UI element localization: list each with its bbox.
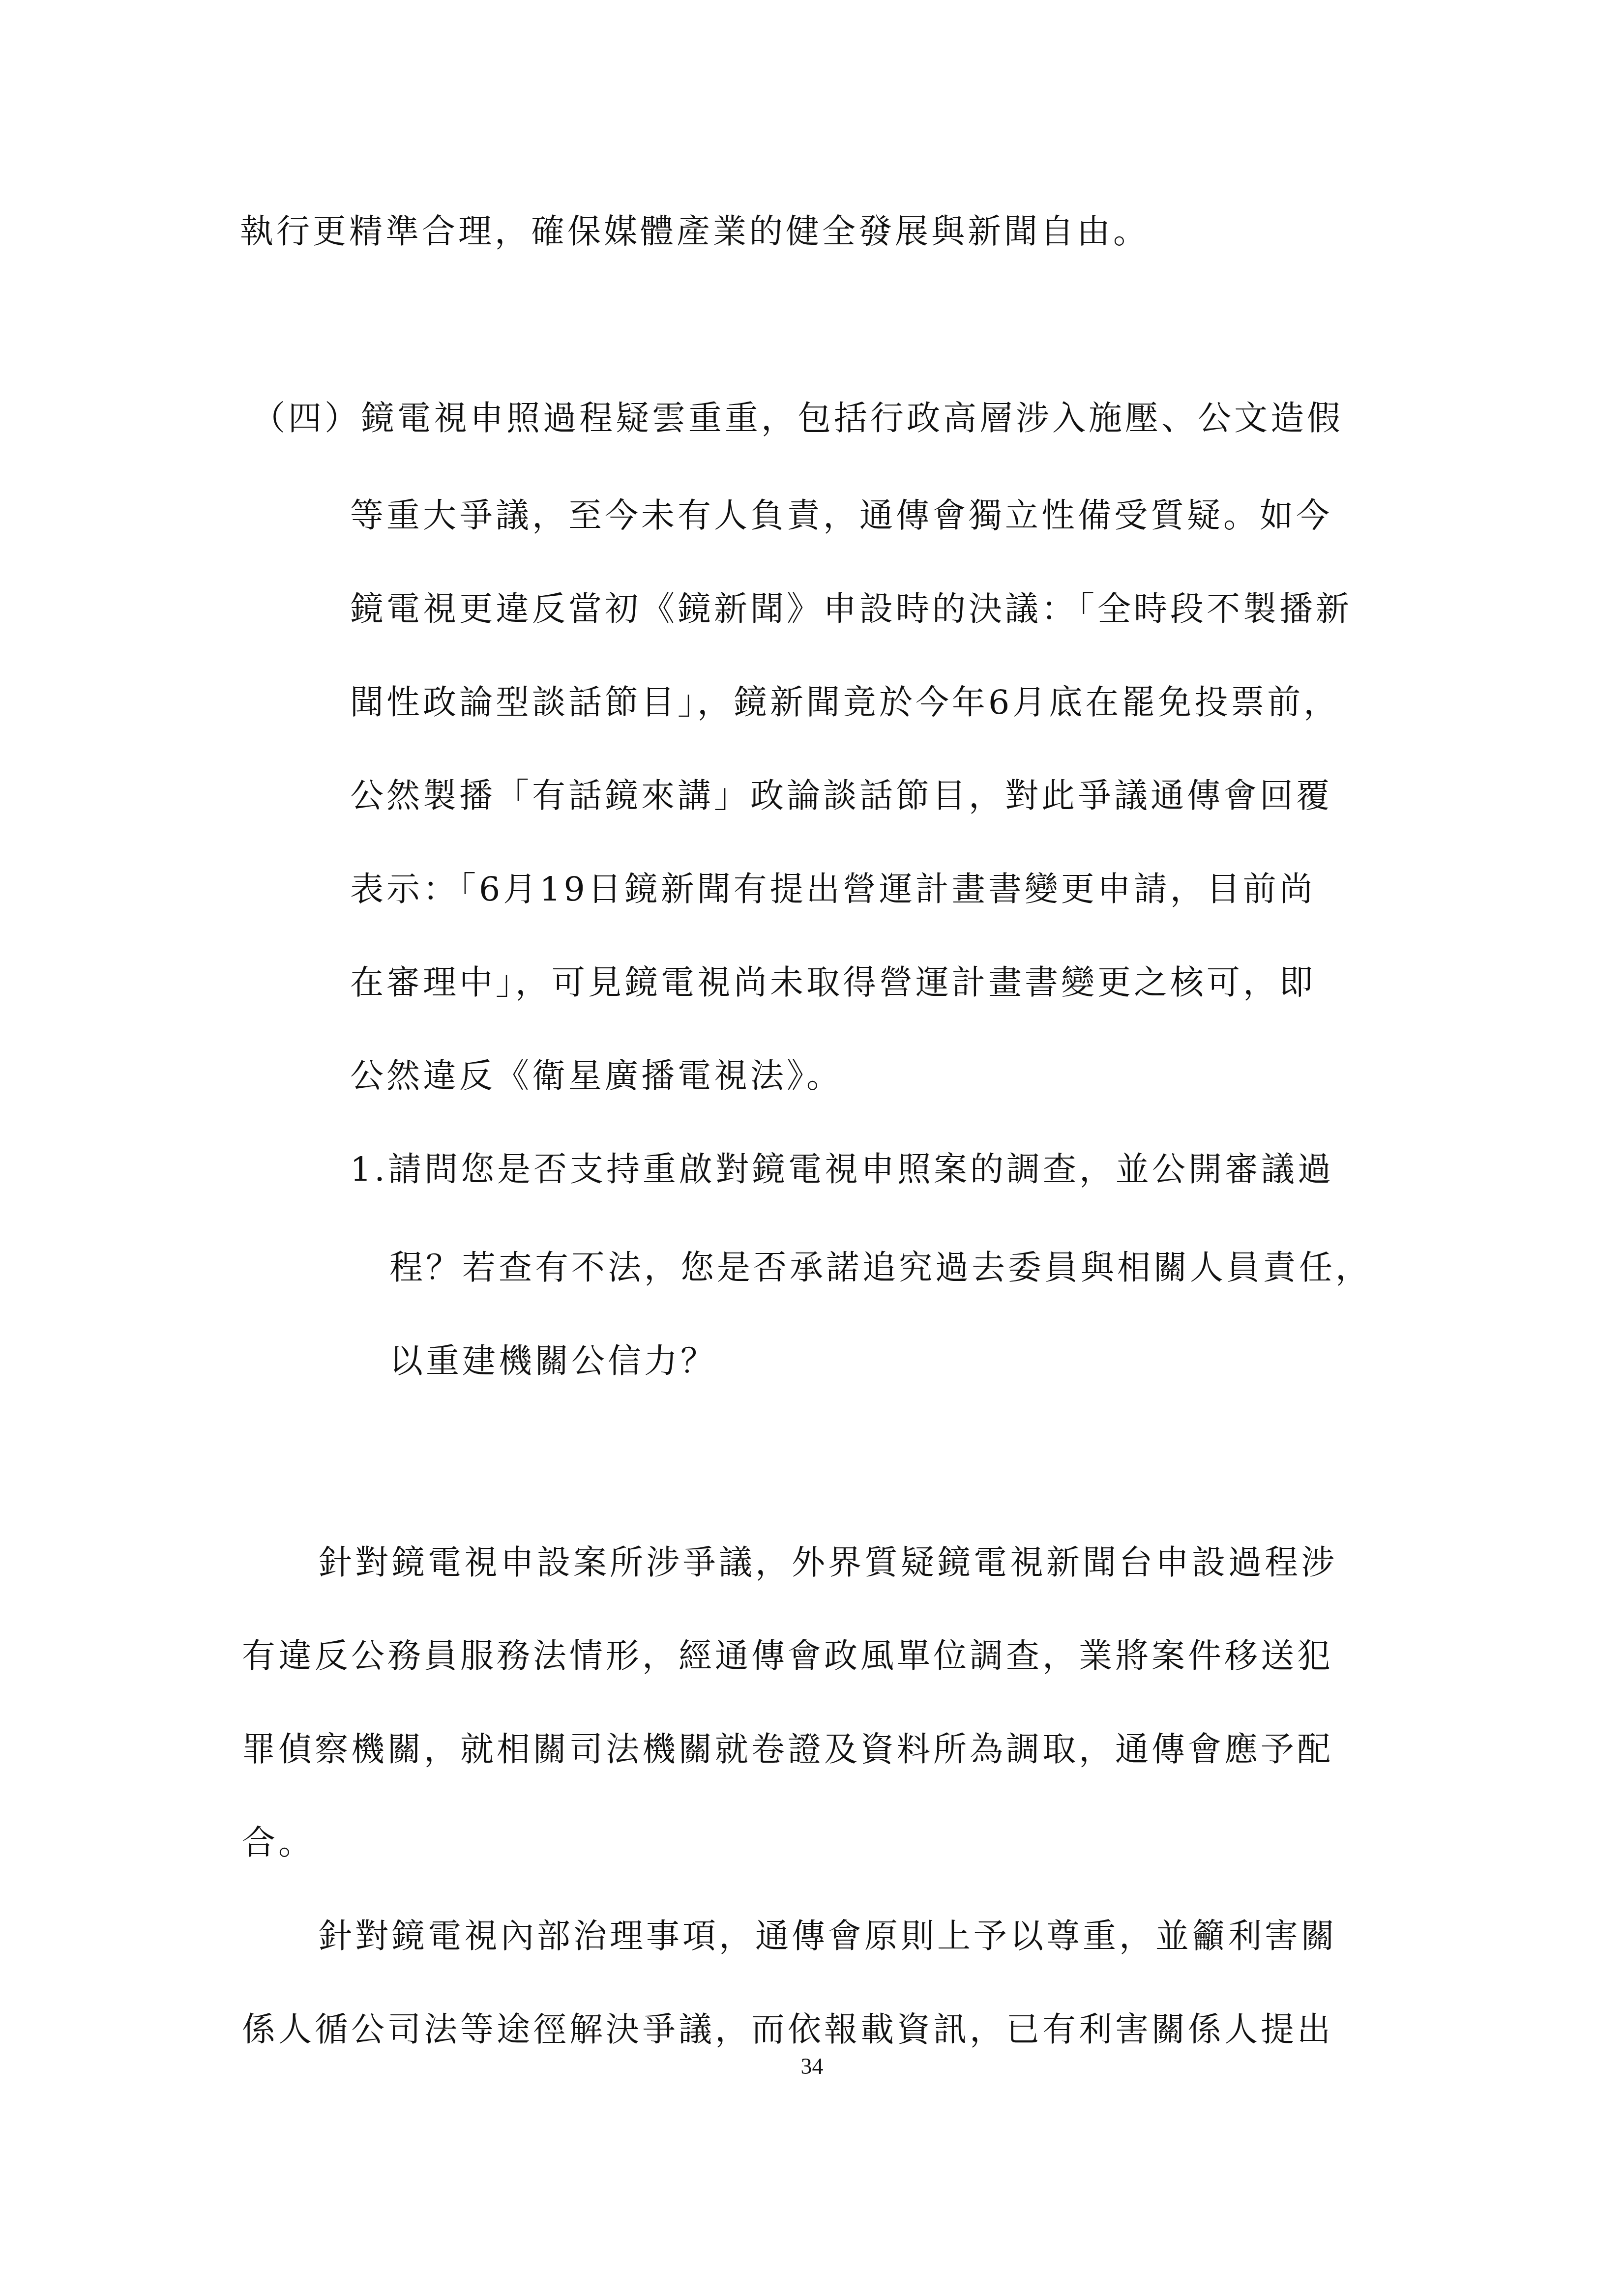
answer-line: 罪偵察機關，就相關司法機關就卷證及資料所為調取，通傳會應予配 xyxy=(242,1730,1333,1770)
section-line: 在審理中」，可見鏡電視尚未取得營運計畫書變更之核可，即 xyxy=(350,963,1316,1003)
answer-line: 有違反公務員服務法情形，經通傳會政風單位調查，業將案件移送犯 xyxy=(242,1637,1333,1676)
question-line: 以重建機關公信力？ xyxy=(389,1342,717,1381)
section-line: 聞性政論型談話節目」，鏡新聞竟於今年6月底在罷免投票前， xyxy=(350,683,1340,723)
answer-line: 係人循公司法等途徑解決爭議，而依報載資訊，已有利害關係人提出 xyxy=(242,2010,1333,2050)
page-number: 34 xyxy=(0,2054,1624,2079)
question-line: 程？若查有不法，您是否承諾追究過去委員與相關人員責任， xyxy=(389,1249,1372,1288)
answer-paragraph-1: 針對鏡電視申設案所涉爭議，外界質疑鏡電視新聞台申設過程涉 xyxy=(319,1543,1337,1583)
answer-line: 合。 xyxy=(242,1824,315,1863)
section-line: 公然違反《衛星廣播電視法》。 xyxy=(350,1057,843,1096)
section-line: 鏡電視更違反當初《鏡新聞》申設時的決議：「全時段不製播新 xyxy=(350,590,1352,629)
paragraph-line: 執行更精準合理，確保媒體產業的健全發展與新聞自由。 xyxy=(240,212,1150,252)
section-line: 表示：「6月19日鏡新聞有提出營運計畫書變更申請，目前尚 xyxy=(350,870,1316,909)
answer-paragraph-2: 針對鏡電視內部治理事項，通傳會原則上予以尊重，並籲利害關 xyxy=(319,1917,1337,1956)
question-item-1: 1.請問您是否支持重啟對鏡電視申照案的調查，並公開審議過 xyxy=(350,1150,1334,1190)
section-line: 公然製播「有話鏡來講」政論談話節目，對此爭議通傳會回覆 xyxy=(350,777,1332,816)
section-heading-four: （四）鏡電視申照過程疑雲重重，包括行政高層涉入施壓、公文造假 xyxy=(252,399,1343,438)
section-line: 等重大爭議，至今未有人負責，通傳會獨立性備受質疑。如今 xyxy=(350,496,1332,536)
